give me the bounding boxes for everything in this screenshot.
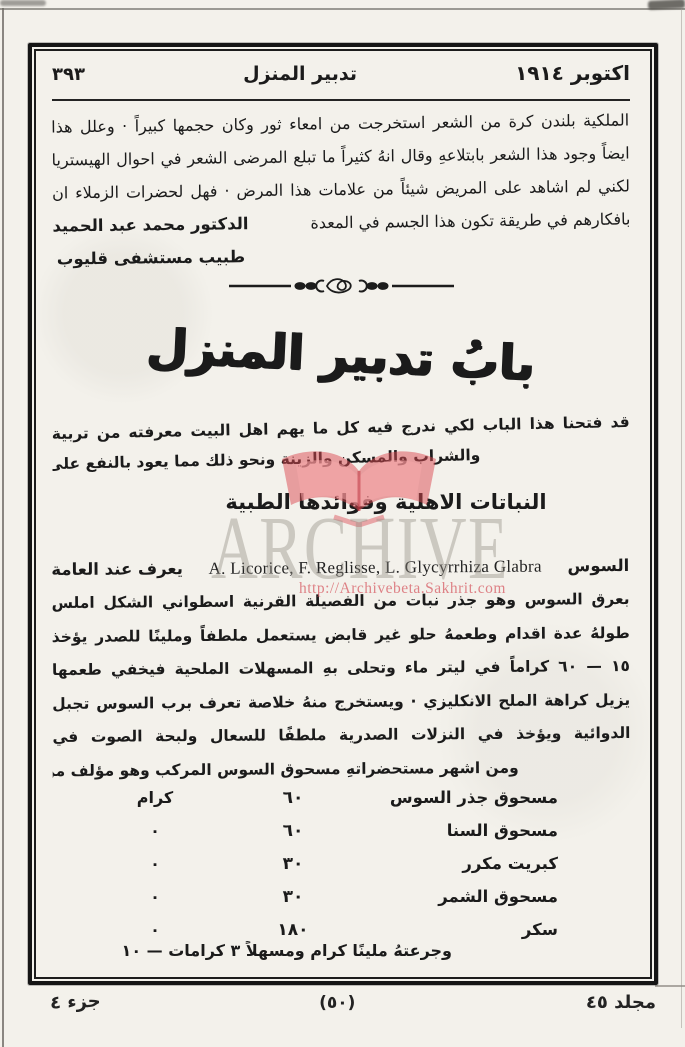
ingredient-qty: ١٨٠	[248, 920, 338, 940]
table-row: كبريت مكرر ٣٠ ٠	[52, 854, 630, 887]
scan-edge-left	[2, 8, 4, 1047]
scan-artifact-line	[655, 985, 685, 987]
entry-line: ١٥ — ٦٠ كراماً في ليتر ماء وتحلى بهِ الم…	[52, 650, 630, 688]
scan-edge-top	[0, 8, 685, 10]
chapter-intro: قد فتحنا هذا الباب لكي ندرج فيه كل ما يه…	[51, 407, 630, 479]
licorice-entry: السوس A. Licorice, F. Reglisse, L. Glycy…	[51, 549, 631, 789]
opening-paragraph: الملكية بلندن كرة من الشعر استخرجت من ام…	[51, 103, 631, 275]
ingredient-name: مسحوق جذر السوس	[390, 788, 558, 807]
ingredient-unit-ditto: ٠	[110, 887, 200, 906]
header-page-number: ٣٩٣	[52, 64, 85, 85]
page-frame: اكتوبر ١٩١٤ تدبير المنزل ٣٩٣ الملكية بلن…	[28, 43, 658, 985]
entry-latin-names: A. Licorice, F. Reglisse, L. Glycyrrhiza…	[208, 550, 542, 586]
footer-page-number: (٥٠)	[319, 993, 355, 1013]
section-heading: النباتات الاهلية وفوائدها الطبية	[97, 490, 675, 514]
ingredient-name: مسحوق الشمر	[438, 887, 558, 906]
table-row: مسحوق الشمر ٣٠ ٠	[52, 887, 630, 920]
scanned-magazine-page: اكتوبر ١٩١٤ تدبير المنزل ٣٩٣ الملكية بلن…	[0, 0, 685, 1047]
ingredient-qty: ٣٠	[248, 887, 338, 907]
footer-issue: جزء ٤	[28, 991, 101, 1015]
ingredient-qty: ٣٠	[248, 854, 338, 874]
signature-name: الدكتور محمد عبد الحميد	[52, 207, 248, 242]
scan-smudge	[0, 0, 46, 6]
ingredient-unit-ditto: ٠	[110, 854, 200, 873]
page-footer: مجلد ٤٥ (٥٠) جزء ٤	[28, 992, 658, 1013]
paragraph-last-line: بافكارهم في طريقة تكون هذا الجسم في المع…	[310, 202, 630, 239]
ingredient-qty: ٦٠	[248, 788, 338, 808]
page-content: اكتوبر ١٩١٤ تدبير المنزل ٣٩٣ الملكية بلن…	[38, 53, 648, 975]
header-rule	[52, 99, 630, 101]
entry-line: طولهُ عدة اقدام وطعمهُ حلو غير قابض يستع…	[52, 616, 630, 654]
signature-title: طبيب مستشفى قليوب	[53, 235, 631, 275]
footer-volume: مجلد ٤٥	[586, 992, 658, 1013]
entry-line: بعرق السوس وهو جذر نبات من الفصيلة القرن…	[51, 583, 629, 621]
ingredient-unit: كرام	[110, 788, 200, 807]
ingredients-table: مسحوق جذر السوس ٦٠ كرام مسحوق السنا ٦٠ ٠…	[52, 788, 630, 953]
compound-intro-line: ومن اشهر مستحضراتهِ مسحوق السوس المركب و…	[53, 750, 631, 788]
scan-edge-right	[681, 8, 682, 1028]
ingredient-unit-ditto: ٠	[110, 821, 200, 840]
ingredient-qty: ٦٠	[248, 821, 338, 841]
ingredient-unit-ditto: ٠	[110, 920, 200, 939]
entry-line: الدوائية ويؤخذ في النزلات الصدرية ملطفًا…	[52, 717, 630, 755]
chapter-title-calligraphy: بابُ تدبير المنزل	[50, 292, 632, 418]
page-frame-inner: اكتوبر ١٩١٤ تدبير المنزل ٣٩٣ الملكية بلن…	[34, 49, 652, 979]
entry-line: يزيل كراهة الملح الانكليزي · ويستخرج منه…	[52, 683, 630, 721]
dose-line: وجرعتهُ ملينًا كرام ومسهلاً ٣ كرامات — ١…	[52, 941, 630, 974]
entry-known-as: يعرف عند العامة	[51, 552, 183, 586]
ingredient-name: مسحوق السنا	[447, 821, 558, 840]
entry-term: السوس	[567, 549, 629, 583]
running-header: اكتوبر ١٩١٤ تدبير المنزل ٣٩٣	[52, 61, 630, 85]
ornament-divider	[52, 275, 630, 297]
header-title: تدبير المنزل	[243, 63, 357, 85]
header-date: اكتوبر ١٩١٤	[515, 61, 630, 85]
table-row: مسحوق جذر السوس ٦٠ كرام	[52, 788, 630, 821]
ingredient-name: سكر	[522, 920, 558, 939]
table-row: مسحوق السنا ٦٠ ٠	[52, 821, 630, 854]
ingredient-name: كبريت مكرر	[462, 854, 558, 873]
divider-flourish-icon	[229, 275, 454, 297]
